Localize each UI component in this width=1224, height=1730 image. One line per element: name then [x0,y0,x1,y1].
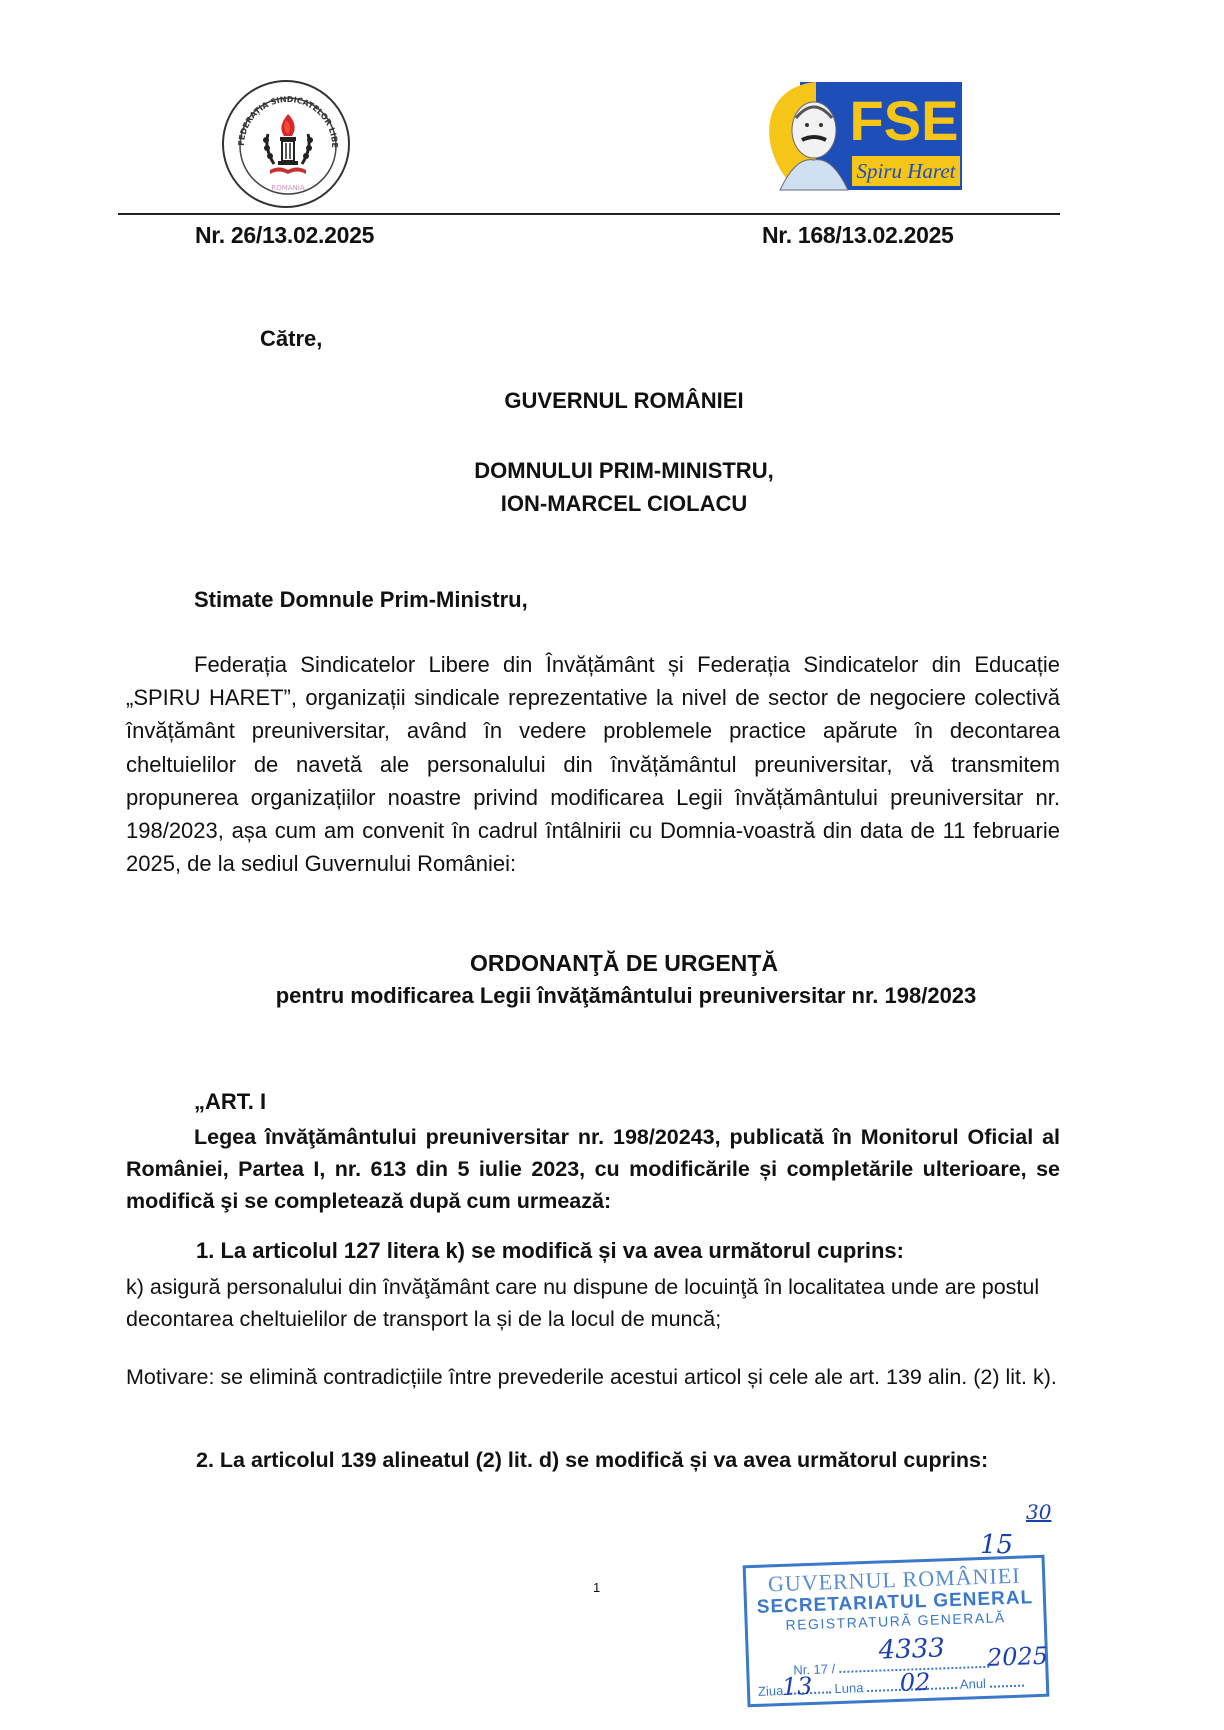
recipient-name: ION-MARCEL CIOLACU [12,487,1224,520]
stamp-nr-value: 4333 [878,1633,945,1665]
stamp-luna-label: Luna [834,1680,863,1696]
handwritten-time-minutes: 30 [1026,1500,1051,1524]
ordinance-title: ORDONANŢĂ DE URGENŢĂ [12,950,1224,977]
header-divider [118,213,1060,215]
registry-stamp: GUVERNUL ROMÂNIEI SECRETARIATUL GENERAL … [743,1555,1050,1707]
salutation: Stimate Domnule Prim-Ministru, [194,587,528,613]
svg-text:FSE: FSE [850,89,959,152]
stamp-anul-value: 2025 [987,1642,1049,1672]
article-intro: Legea învăţământului preuniversitar nr. … [126,1121,1060,1217]
torch-emblem-icon: FEDERAȚIA SINDICATELOR LIBERE DIN ÎNVĂȚĂ… [224,82,352,210]
registration-number-fse: Nr. 168/13.02.2025 [762,222,954,249]
stamp-anul-label: Anul [960,1676,987,1692]
svg-text:ROMANIA: ROMANIA [271,184,305,192]
stamp-ziua-label: Ziua [758,1683,784,1699]
addressee-recipient: DOMNULUI PRIM-MINISTRU, ION-MARCEL CIOLA… [12,454,1224,520]
article-heading: „ART. I [194,1089,266,1115]
page-number: 1 [593,1580,600,1595]
fse-spiru-haret-logo: FSE Spiru Haret [756,78,964,194]
amendment-1-motivation: Motivare: se elimină contradicțiile într… [126,1360,1060,1394]
amendment-1-text: k) asigură personalului din învăţământ c… [126,1271,1066,1335]
body-paragraph: Federația Sindicatelor Libere din Învăță… [126,648,1060,880]
fsli-logo: FEDERAȚIA SINDICATELOR LIBERE DIN ÎNVĂȚĂ… [222,80,350,208]
amendment-2-heading: 2. La articolul 139 alineatul (2) lit. d… [196,1448,988,1473]
svg-text:Spiru Haret: Spiru Haret [857,159,957,183]
ordinance-subtitle: pentru modificarea Legii învăţământului … [14,983,1224,1009]
stamp-luna-value: 02 [899,1668,931,1697]
stamp-ziua-value: 13 [781,1672,813,1701]
recipient-title: DOMNULUI PRIM-MINISTRU, [12,454,1224,487]
addressee-institution: GUVERNUL ROMÂNIEI [12,388,1224,414]
addressee-to: Către, [260,326,322,352]
registration-number-fsli: Nr. 26/13.02.2025 [195,222,374,249]
amendment-1-heading: 1. La articolul 127 litera k) se modific… [196,1238,904,1264]
